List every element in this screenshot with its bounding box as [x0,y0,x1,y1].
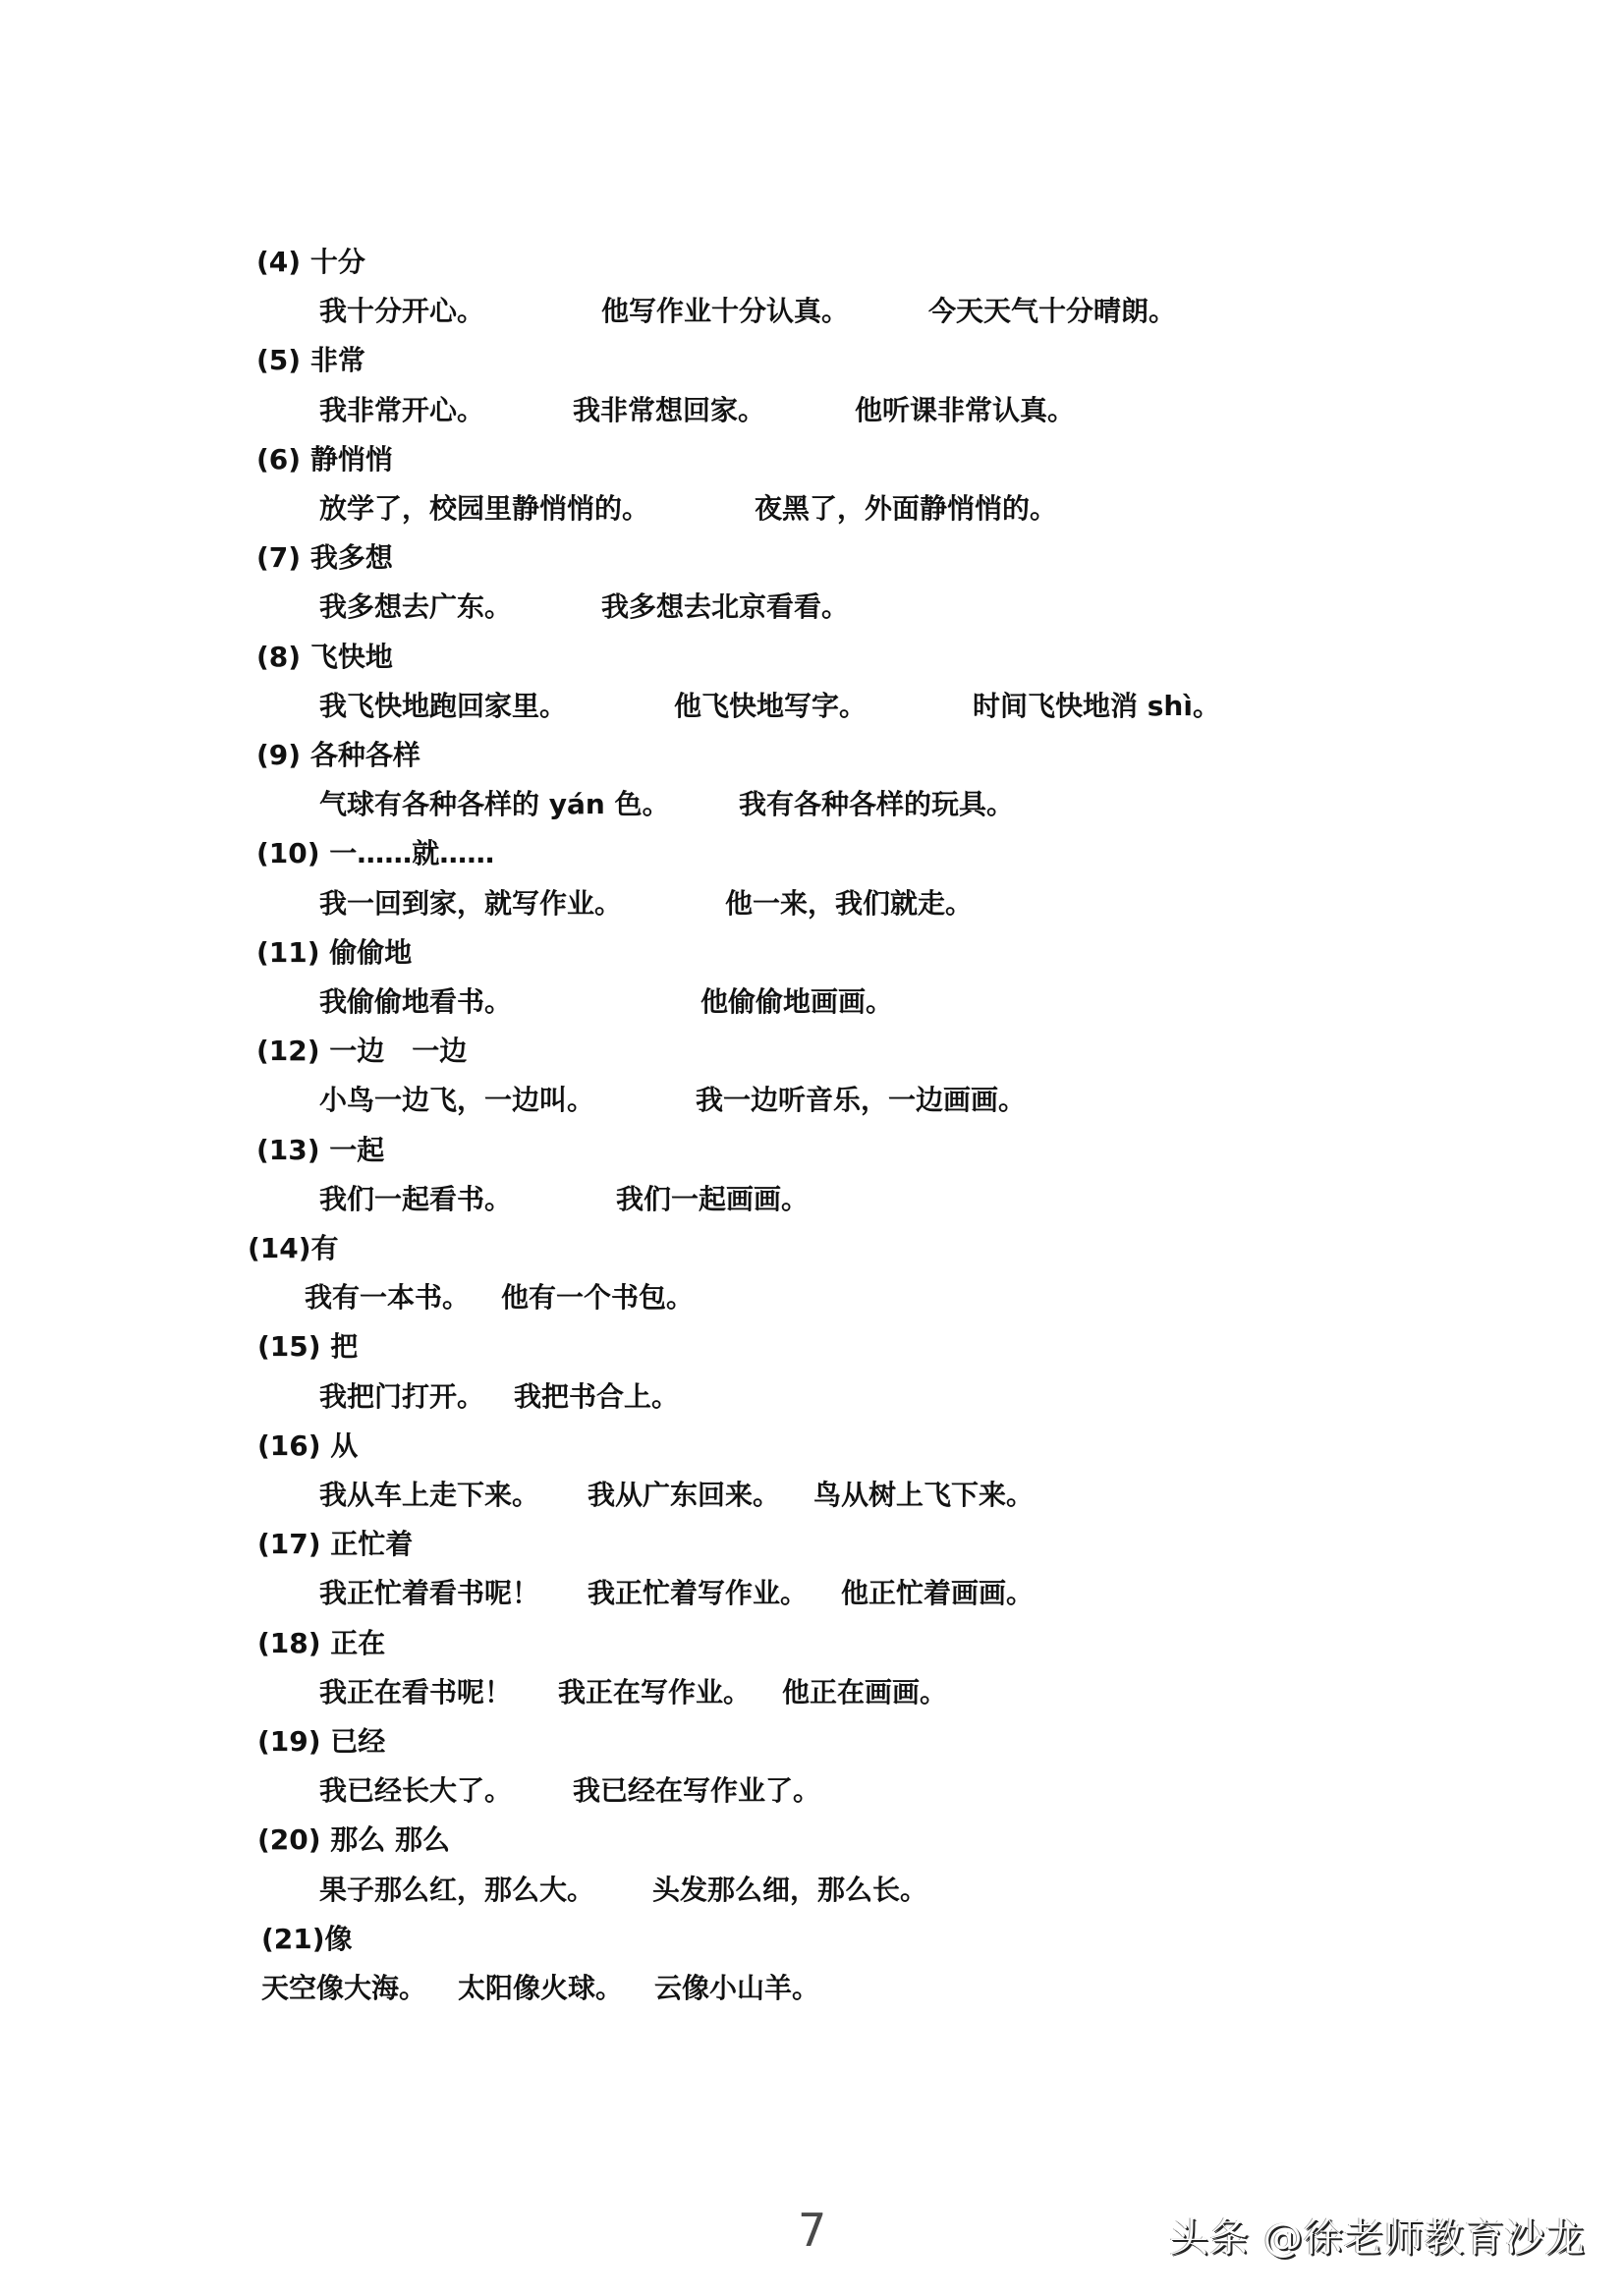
example-sentence: 我正忙着写作业。 [588,1576,808,1611]
watermark: 头条 @徐老师教育沙龙 [1169,2214,1586,2262]
example-sentence: 夜黑了，外面静悄悄的。 [755,491,1057,527]
example-sentence: 小鸟一边飞，一边叫。 [319,1083,594,1118]
example-sentence: 我偷偷地看书。 [319,984,512,1020]
entry-label: (13) 一起 [256,1133,384,1168]
example-sentence: 我们一起画画。 [616,1182,809,1217]
entry-label: (15) 把 [257,1329,358,1365]
example-sentence: 我十分开心。 [319,294,484,329]
example-sentence: 我把门打开。 [319,1379,484,1415]
entry-label: (9) 各种各样 [256,738,420,773]
example-sentence: 我飞快地跑回家里。 [319,689,567,724]
example-sentence: 头发那么细，那么长。 [652,1873,927,1908]
entry-label: (4) 十分 [256,245,365,280]
example-sentence: 太阳像火球。 [458,1971,623,2006]
example-sentence: 他听课非常认真。 [855,393,1075,428]
example-sentence: 放学了，校园里静悄悄的。 [319,491,649,527]
example-sentence: 我多想去北京看看。 [601,589,849,625]
example-sentence: 气球有各种各样的 yán 色。 [319,787,670,822]
example-sentence: 我从广东回来。 [588,1478,780,1513]
example-sentence: 我已经长大了。 [319,1773,512,1809]
page-number: 7 [798,2205,826,2256]
example-sentence: 我非常想回家。 [573,393,765,428]
example-sentence: 我已经在写作业了。 [573,1773,820,1809]
example-sentence: 天空像大海。 [261,1971,426,2006]
example-sentence: 他有一个书包。 [501,1280,694,1316]
example-sentence: 我有一本书。 [305,1280,470,1316]
entry-label: (14)有 [248,1231,339,1266]
example-sentence: 他正在画画。 [782,1675,947,1710]
entry-label: (7) 我多想 [256,540,393,576]
entry-label: (8) 飞快地 [256,640,393,675]
example-sentence: 我一回到家，就写作业。 [319,886,622,922]
entry-label: (19) 已经 [257,1724,385,1760]
example-sentence: 我从车上走下来。 [319,1478,539,1513]
entry-label: (11) 偷偷地 [256,935,412,971]
example-sentence: 他飞快地写字。 [674,689,867,724]
example-sentence: 我们一起看书。 [319,1182,512,1217]
entry-label: (5) 非常 [256,343,365,378]
example-sentence: 我正在看书呢！ [319,1675,512,1710]
entry-label: (16) 从 [257,1428,358,1464]
example-sentence: 我多想去广东。 [319,589,512,625]
entry-label: (10) 一……就…… [256,836,494,871]
example-sentence: 他写作业十分认真。 [601,294,849,329]
example-sentence: 我非常开心。 [319,393,484,428]
entry-label: (18) 正在 [257,1626,385,1661]
example-sentence: 云像小山羊。 [654,1971,819,2006]
example-sentence: 他正忙着画画。 [841,1576,1034,1611]
example-sentence: 我正在写作业。 [558,1675,751,1710]
example-sentence: 我正忙着看书呢！ [319,1576,539,1611]
example-sentence: 鸟从树上飞下来。 [813,1478,1034,1513]
entry-label: (21)像 [261,1922,353,1957]
example-sentence: 我把书合上。 [514,1379,679,1415]
example-sentence: 时间飞快地消 shì。 [973,689,1220,724]
example-sentence: 他偷偷地画画。 [700,984,893,1020]
entry-label: (20) 那么 那么 [257,1822,450,1858]
example-sentence: 他一来，我们就走。 [725,886,973,922]
entry-label: (12) 一边 一边 [256,1034,467,1069]
example-sentence: 今天天气十分晴朗。 [928,294,1176,329]
example-sentence: 我有各种各样的玩具。 [739,787,1014,822]
example-sentence: 我一边听音乐，一边画画。 [696,1083,1026,1118]
example-sentence: 果子那么红，那么大。 [319,1873,594,1908]
entry-label: (6) 静悄悄 [256,442,393,477]
entry-label: (17) 正忙着 [257,1527,413,1562]
